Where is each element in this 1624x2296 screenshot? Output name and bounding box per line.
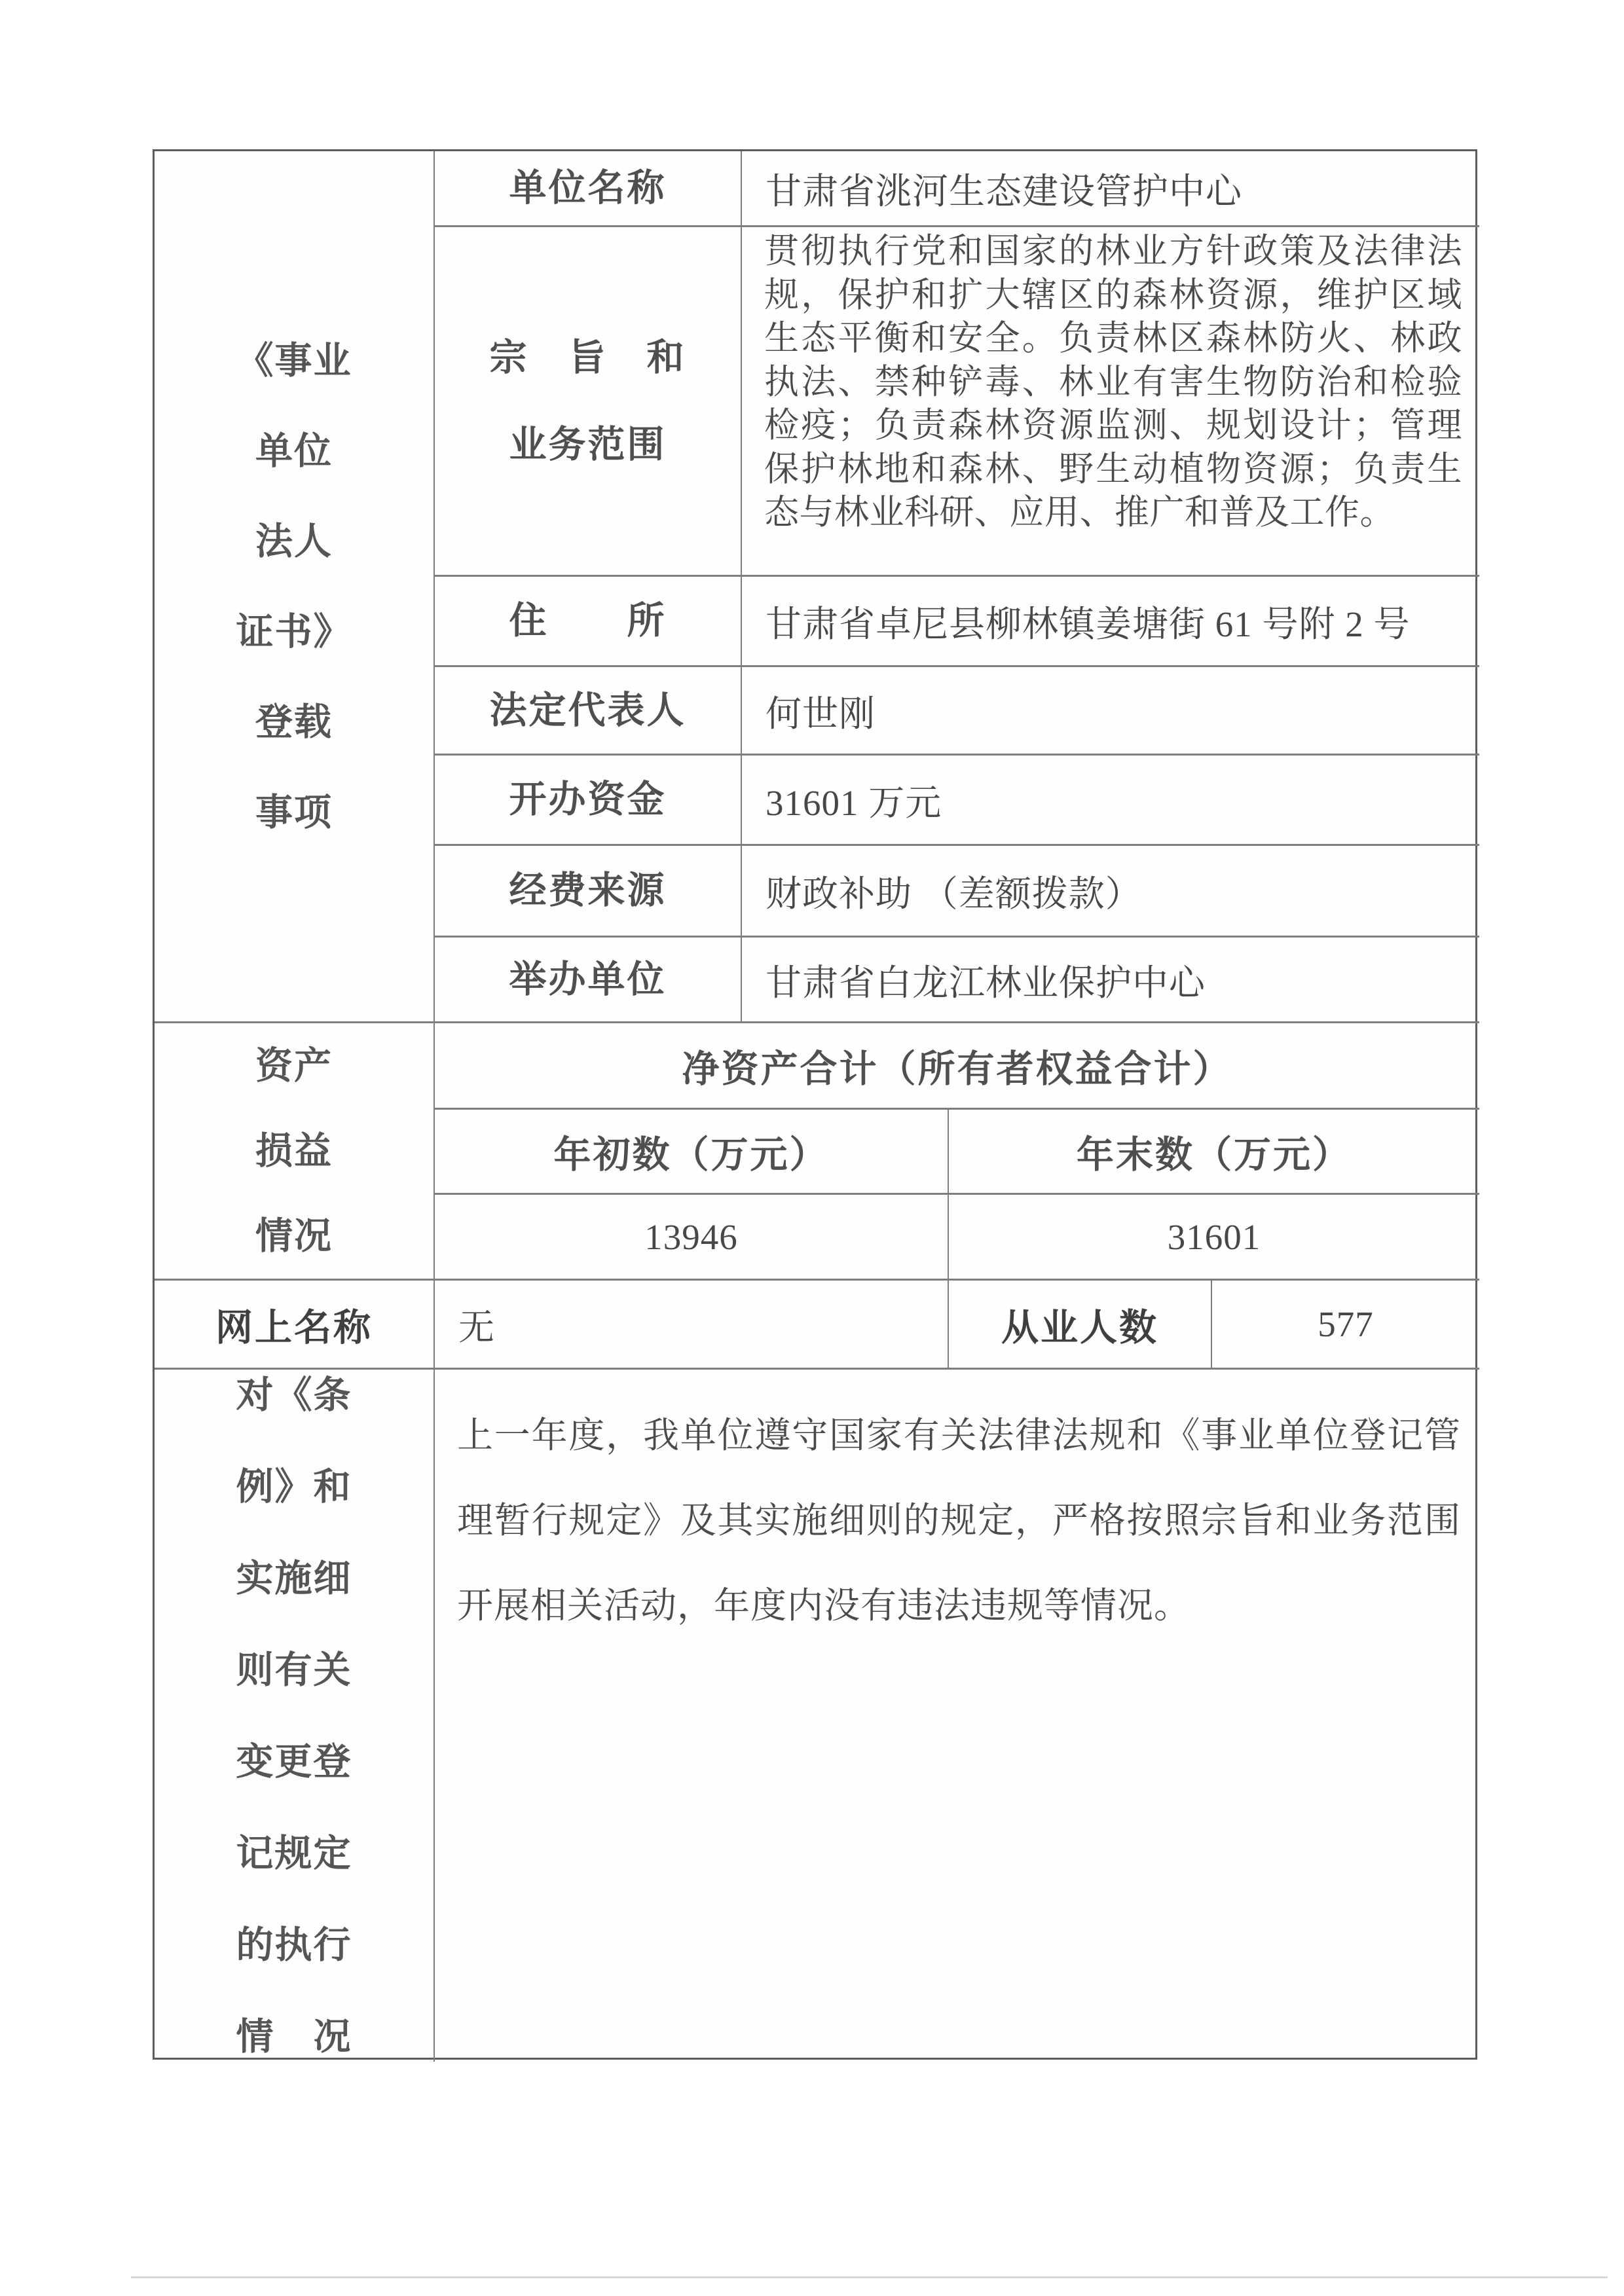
purpose-label-line1: 宗 旨 和 xyxy=(490,314,686,401)
purpose-scope-label: 宗 旨 和 业务范围 xyxy=(435,227,742,577)
assets-side-line: 资产 xyxy=(255,1023,333,1108)
staff-count-value: 577 xyxy=(1212,1281,1479,1370)
year-end-value: 31601 xyxy=(949,1195,1479,1281)
legal-representative-label: 法定代表人 xyxy=(435,667,742,756)
unit-name-value: 甘肃省洮河生态建设管护中心 xyxy=(742,151,1479,227)
funding-source-value: 财政补助 （差额拨款） xyxy=(742,846,1479,938)
compliance-statement: 上一年度，我单位遵守国家有关法律法规和《事业单位登记管理暂行规定》及其实施细则的… xyxy=(435,1370,1479,2062)
compliance-side-line: 实施细 xyxy=(236,1533,352,1624)
online-name-value: 无 xyxy=(435,1281,949,1370)
compliance-side-line: 对《条 xyxy=(236,1370,352,1441)
compliance-side-line: 情 况 xyxy=(236,1991,352,2062)
purpose-scope-value: 贯彻执行党和国家的林业方针政策及法律法规，保护和扩大辖区的森林资源，维护区域生态… xyxy=(742,227,1479,577)
side-title-line: 《事业 xyxy=(236,316,352,406)
sponsor-unit-value: 甘肃省白龙江林业保护中心 xyxy=(742,938,1479,1023)
domicile-value: 甘肃省卓尼县柳林镇姜塘街 61 号附 2 号 xyxy=(742,577,1479,667)
assets-side-title: 资产 损益 情况 xyxy=(155,1023,435,1281)
compliance-side-line: 记规定 xyxy=(236,1808,352,1899)
assets-side-line: 情况 xyxy=(255,1194,333,1279)
compliance-side-line: 变更登 xyxy=(236,1716,352,1808)
year-end-column-header: 年末数（万元） xyxy=(949,1110,1479,1195)
unit-name-label: 单位名称 xyxy=(435,151,742,227)
online-name-label: 网上名称 xyxy=(155,1281,435,1370)
side-title-line: 单位 xyxy=(255,406,333,496)
compliance-side-line: 则有关 xyxy=(236,1624,352,1716)
year-start-value: 13946 xyxy=(435,1195,949,1281)
opening-capital-value: 31601 万元 xyxy=(742,756,1479,846)
year-start-column-header: 年初数（万元） xyxy=(435,1110,949,1195)
staff-count-label: 从业人数 xyxy=(949,1281,1212,1370)
side-title-line: 证书》 xyxy=(236,587,352,677)
net-assets-header: 净资产合计（所有者权益合计） xyxy=(435,1023,1479,1110)
compliance-side-line: 例》和 xyxy=(236,1441,352,1533)
purpose-label-line2: 业务范围 xyxy=(509,401,667,488)
compliance-side-title: 对《条 例》和 实施细 则有关 变更登 记规定 的执行 情 况 xyxy=(155,1370,435,2062)
opening-capital-label: 开办资金 xyxy=(435,756,742,846)
certificate-items-side-title: 《事业 单位 法人 证书》 登载 事项 xyxy=(155,151,435,1023)
legal-representative-value: 何世刚 xyxy=(742,667,1479,756)
domicile-label: 住 所 xyxy=(435,577,742,667)
side-title-line: 法人 xyxy=(255,496,333,587)
scan-edge-artifact xyxy=(131,2276,1608,2278)
sponsor-unit-label: 举办单位 xyxy=(435,938,742,1023)
side-title-line: 事项 xyxy=(255,767,333,858)
funding-source-label: 经费来源 xyxy=(435,846,742,938)
registration-annual-report-table: 《事业 单位 法人 证书》 登载 事项 单位名称 甘肃省洮河生态建设管护中心 宗… xyxy=(153,149,1477,2060)
side-title-line: 登载 xyxy=(255,677,333,767)
compliance-side-line: 的执行 xyxy=(236,1899,352,1991)
assets-side-line: 损益 xyxy=(255,1108,333,1194)
